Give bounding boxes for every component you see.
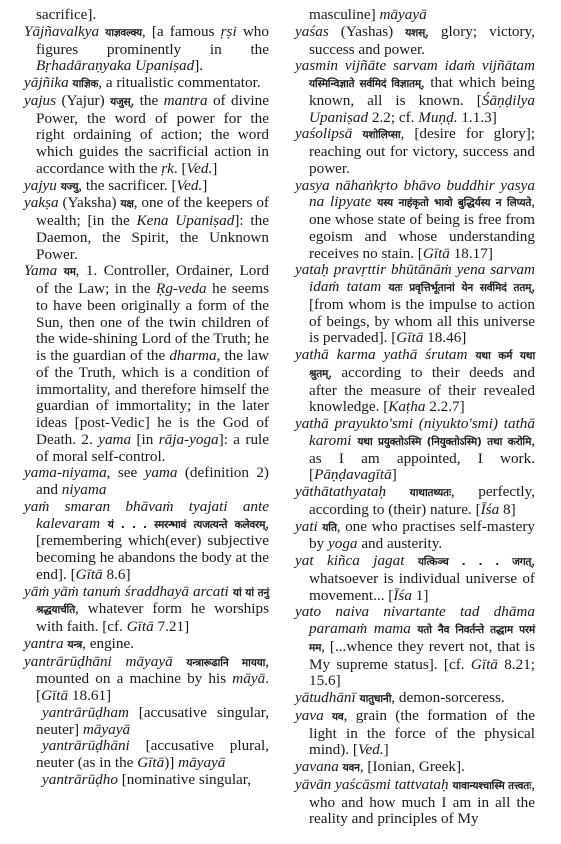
italic-term: ṛṣi: [221, 23, 237, 40]
headword: yama-niyama: [24, 464, 107, 481]
definition-text: 8]: [499, 501, 515, 518]
definition-text: [386, 483, 410, 500]
devanagari-term: यव: [332, 711, 344, 723]
devanagari-term: यथा प्रयुक्तोऽस्मि (नियुक्तोऽस्मि) तथा क…: [357, 436, 531, 448]
glossary-entry: yajyu यज्यु, the sacrificer. [Ved.]: [24, 178, 269, 196]
headword: yaśolipsā: [295, 125, 352, 142]
devanagari-term: यन्त्रारूढानि मायया: [186, 657, 265, 669]
italic-term: Ved.: [358, 741, 384, 758]
devanagari-term: यशस्: [405, 27, 425, 39]
devanagari-term: यम: [64, 266, 76, 278]
definition-text: masculine]: [309, 6, 379, 23]
headword: yantrārūḍhāni: [36, 737, 130, 754]
italic-term: dharma: [169, 347, 216, 364]
devanagari-term: याज्ञिक: [73, 78, 99, 90]
glossary-entry: yava यव, grain (the formation of the lig…: [295, 708, 535, 759]
devanagari-term: यं . . . स्मरन्भावं त्यजत्यन्ते कलेवरम्: [108, 519, 265, 531]
definition-text: , see: [107, 464, 145, 481]
sub-entry: yantrārūḍham [accusative singular, neute…: [24, 705, 269, 739]
glossary-entry: yataḥ pravṛttir bhūtānāṁ yena sarvam ida…: [295, 262, 535, 347]
glossary-entry: yaśolipsā यशोलिप्सा, [desire for glory];…: [295, 126, 535, 177]
italic-term: Gītā: [423, 245, 450, 262]
headword: yantra: [24, 635, 64, 652]
italic-term: yama: [145, 464, 178, 481]
definition-text: 18.17]: [450, 245, 493, 262]
italic-term: Gītā: [471, 656, 498, 673]
definition-text: 1]: [412, 587, 428, 604]
definition-text: , the sacrificer. [: [78, 177, 176, 194]
headword: yava: [295, 707, 324, 724]
glossary-entry: yājñika याज्ञिक, a ritualistic commentat…: [24, 75, 269, 93]
definition-text: )]: [164, 754, 178, 771]
devanagari-term: यन्त्र: [67, 639, 82, 651]
devanagari-term: यजुस्: [110, 96, 130, 108]
devanagari-term: यति: [322, 522, 336, 534]
definition-text: [468, 346, 476, 363]
definition-text: 8.6]: [103, 566, 131, 583]
glossary-entry: yasya nāhaṅkṛto bhāvo buddhir yasya na l…: [295, 178, 535, 263]
definition-text: [nominative singular,: [118, 771, 251, 788]
definition-text: [in: [131, 431, 159, 448]
definition-text: [352, 125, 362, 142]
definition-text: , the: [130, 92, 163, 109]
glossary-entry: yantrārūḍhāni māyayā यन्त्रारूढानि मायया…: [24, 654, 269, 705]
definition-text: 2.2; cf.: [368, 109, 418, 126]
definition-text: 7.21]: [154, 618, 189, 635]
definition-text: 1.1.3]: [458, 109, 497, 126]
definition-text: ]: [212, 160, 217, 177]
devanagari-term: यशोलिप्सा: [363, 129, 401, 141]
italic-term: Gītā: [76, 566, 103, 583]
glossary-entry: yati यति, one who practises self-mastery…: [295, 519, 535, 554]
glossary-page: sacrifice].Yājñavalkya याज्ञवल्क्य, [a f…: [0, 0, 561, 844]
italic-term: māyayā: [178, 754, 225, 771]
italic-term: Kaṭha: [388, 398, 425, 415]
sub-entry: yantrārūḍho [nominative singular,: [24, 772, 269, 789]
headword: yaśas: [295, 23, 329, 40]
devanagari-term: यावान्यश्चास्मि तत्त्वतः: [452, 780, 531, 792]
devanagari-term: यातुधानी: [360, 693, 392, 705]
italic-term: māyayā: [83, 721, 130, 738]
italic-term: Ved.: [177, 177, 203, 194]
definition-text: , demon-sorceress.: [391, 689, 504, 706]
italic-term: yama: [98, 431, 131, 448]
glossary-entry: yajus (Yajur) यजुस्, the mantra of divin…: [24, 93, 269, 178]
italic-term: Gītā: [137, 754, 164, 771]
devanagari-term: याज्ञवल्क्य: [105, 27, 142, 39]
glossary-entry: yāṁ yāṁ tanuṁ śraddhayā arcati यां यां त…: [24, 584, 269, 636]
devanagari-term: यस्य नाहंकृतो भावो बुद्धिर्यस्य न लिप्यत…: [377, 197, 531, 209]
italic-term: Gītā: [41, 687, 68, 704]
headword: yavana: [295, 758, 339, 775]
devanagari-term: यवन: [343, 762, 360, 774]
glossary-entry: yathā prayukto'smi (niyukto'smi) tathā k…: [295, 416, 535, 484]
italic-term: rāja-yoga: [159, 431, 219, 448]
italic-term: Īśa: [481, 501, 500, 518]
italic-term: niyama: [62, 481, 107, 498]
italic-term: māyayā: [379, 6, 426, 23]
definition-text: ].: [194, 57, 203, 74]
headword: yāvān yaścāsmi tattvataḥ: [295, 776, 449, 793]
italic-term: Muṇḍ.: [418, 109, 457, 126]
glossary-entry: yathā karma yathā śrutam यथा कर्म यथा श्…: [295, 347, 535, 416]
definition-text: ]: [392, 466, 397, 483]
headword: yantrārūḍhāni māyayā: [24, 653, 173, 670]
headword: yājñika: [24, 74, 69, 91]
italic-term: ṛk: [161, 160, 174, 177]
devanagari-term: यतः प्रवृत्तिर्भूतानां येन सर्वमिदं ततम्: [389, 282, 532, 294]
glossary-entry: yaśas (Yashas) यशस्, glory; victory, suc…: [295, 24, 535, 59]
italic-term: Bṛhadāraṇyaka Upaniṣad: [36, 57, 194, 74]
italic-term: Kena Upaniṣad: [136, 212, 234, 229]
definition-text: 2.2.7]: [425, 398, 464, 415]
definition-text: 18.61]: [68, 687, 111, 704]
glossary-entry: yātudhānī यातुधानी, demon-sorceress.: [295, 690, 535, 708]
headword: yantrārūḍham: [36, 704, 129, 721]
headword: yakṣa: [24, 194, 59, 211]
italic-term: Gītā: [396, 329, 423, 346]
italic-term: Īśa: [393, 587, 412, 604]
glossary-entry: yat kiñca jagat यत्किञ्च . . . जगत्, wha…: [295, 553, 535, 604]
continued-text: masculine] māyayā: [295, 7, 535, 24]
headword: yātudhānī: [295, 689, 356, 706]
right-column: masculine] māyayāyaśas (Yashas) यशस्, gl…: [295, 7, 535, 828]
headword: Yama: [24, 262, 57, 279]
definition-text: (Yashas): [329, 23, 406, 40]
definition-text: , grain (the formation of the light in t…: [309, 707, 535, 759]
glossary-entry: yāthātathyataḥ याथातथ्यतः, perfectly, ac…: [295, 484, 535, 519]
devanagari-term: यत्किञ्च . . . जगत्: [418, 556, 531, 568]
left-column: sacrifice].Yājñavalkya याज्ञवल्क्य, [a f…: [24, 7, 269, 789]
devanagari-term: याथातथ्यतः: [410, 487, 451, 499]
glossary-entry: Yājñavalkya याज्ञवल्क्य, [a famous ṛṣi w…: [24, 24, 269, 75]
italic-term: māyā: [232, 670, 265, 687]
definition-text: and austerity.: [358, 535, 443, 552]
definition-text: (Yajur): [56, 92, 110, 109]
definition-text: [381, 278, 388, 295]
headword: yajus: [24, 92, 56, 109]
headword: yantrārūḍho: [36, 771, 118, 788]
definition-text: , [a famous: [142, 23, 221, 40]
definition-text: , a ritualistic commentator.: [98, 74, 260, 91]
glossary-entry: yāvān yaścāsmi tattvataḥ यावान्यश्चास्मि…: [295, 777, 535, 828]
definition-text: [173, 653, 187, 670]
italic-term: Ṛg-veda: [156, 280, 207, 297]
definition-text: 18.46]: [423, 329, 466, 346]
italic-term: Pāṇḍavagītā: [314, 466, 392, 483]
definition-text: ]: [202, 177, 207, 194]
italic-term: mantra: [164, 92, 208, 109]
headword: Yājñavalkya: [24, 23, 99, 40]
headword: yāṁ yāṁ tanuṁ śraddhayā arcati: [24, 583, 229, 600]
definition-text: ]: [384, 741, 389, 758]
sub-entry: yantrārūḍhāni [accusative plural, neuter…: [24, 738, 269, 772]
italic-term: Gītā: [127, 618, 154, 635]
glossary-entry: Yama यम, 1. Controller, Ordainer, Lord o…: [24, 263, 269, 465]
devanagari-term: यक्ष: [120, 198, 133, 210]
glossary-entry: yama-niyama, see yama (definition 2) and…: [24, 465, 269, 499]
headword: yasmin vijñāte sarvam idaṁ vijñātam: [295, 57, 535, 74]
glossary-entry: yantra यन्त्र, engine.: [24, 636, 269, 654]
glossary-entry: yakṣa (Yaksha) यक्ष, one of the keepers …: [24, 195, 269, 263]
definition-text: [324, 707, 332, 724]
definition-text: (Yaksha): [59, 194, 121, 211]
glossary-entry: yaṁ smaran bhāvaṁ tyajati ante kalevaram…: [24, 499, 269, 584]
glossary-entry: yavana यवन, [Ionian, Greek].: [295, 759, 535, 777]
headword: yajyu: [24, 177, 57, 194]
glossary-entry: yasmin vijñāte sarvam idaṁ vijñātam यस्म…: [295, 58, 535, 126]
italic-term: Ved.: [187, 160, 213, 177]
glossary-entry: yato naiva nivartante tad dhāma paramaṁ …: [295, 604, 535, 690]
definition-text: . [: [174, 160, 187, 177]
italic-term: yoga: [328, 535, 358, 552]
definition-text: , engine.: [82, 635, 134, 652]
headword: yati: [295, 518, 318, 535]
continued-text: sacrifice].: [24, 7, 269, 24]
definition-text: , [Ionian, Greek].: [360, 758, 465, 775]
devanagari-term: यज्यु: [61, 181, 79, 193]
headword: yathā karma yathā śrutam: [295, 346, 468, 363]
definition-text: [404, 552, 417, 569]
devanagari-term: यस्मिन्विज्ञाते सर्वमिदं विज्ञातम्: [309, 78, 421, 90]
definition-text: sacrifice].: [36, 6, 96, 23]
headword: yat kiñca jagat: [295, 552, 404, 569]
definition-text: [100, 515, 108, 532]
headword: yāthātathyataḥ: [295, 483, 386, 500]
